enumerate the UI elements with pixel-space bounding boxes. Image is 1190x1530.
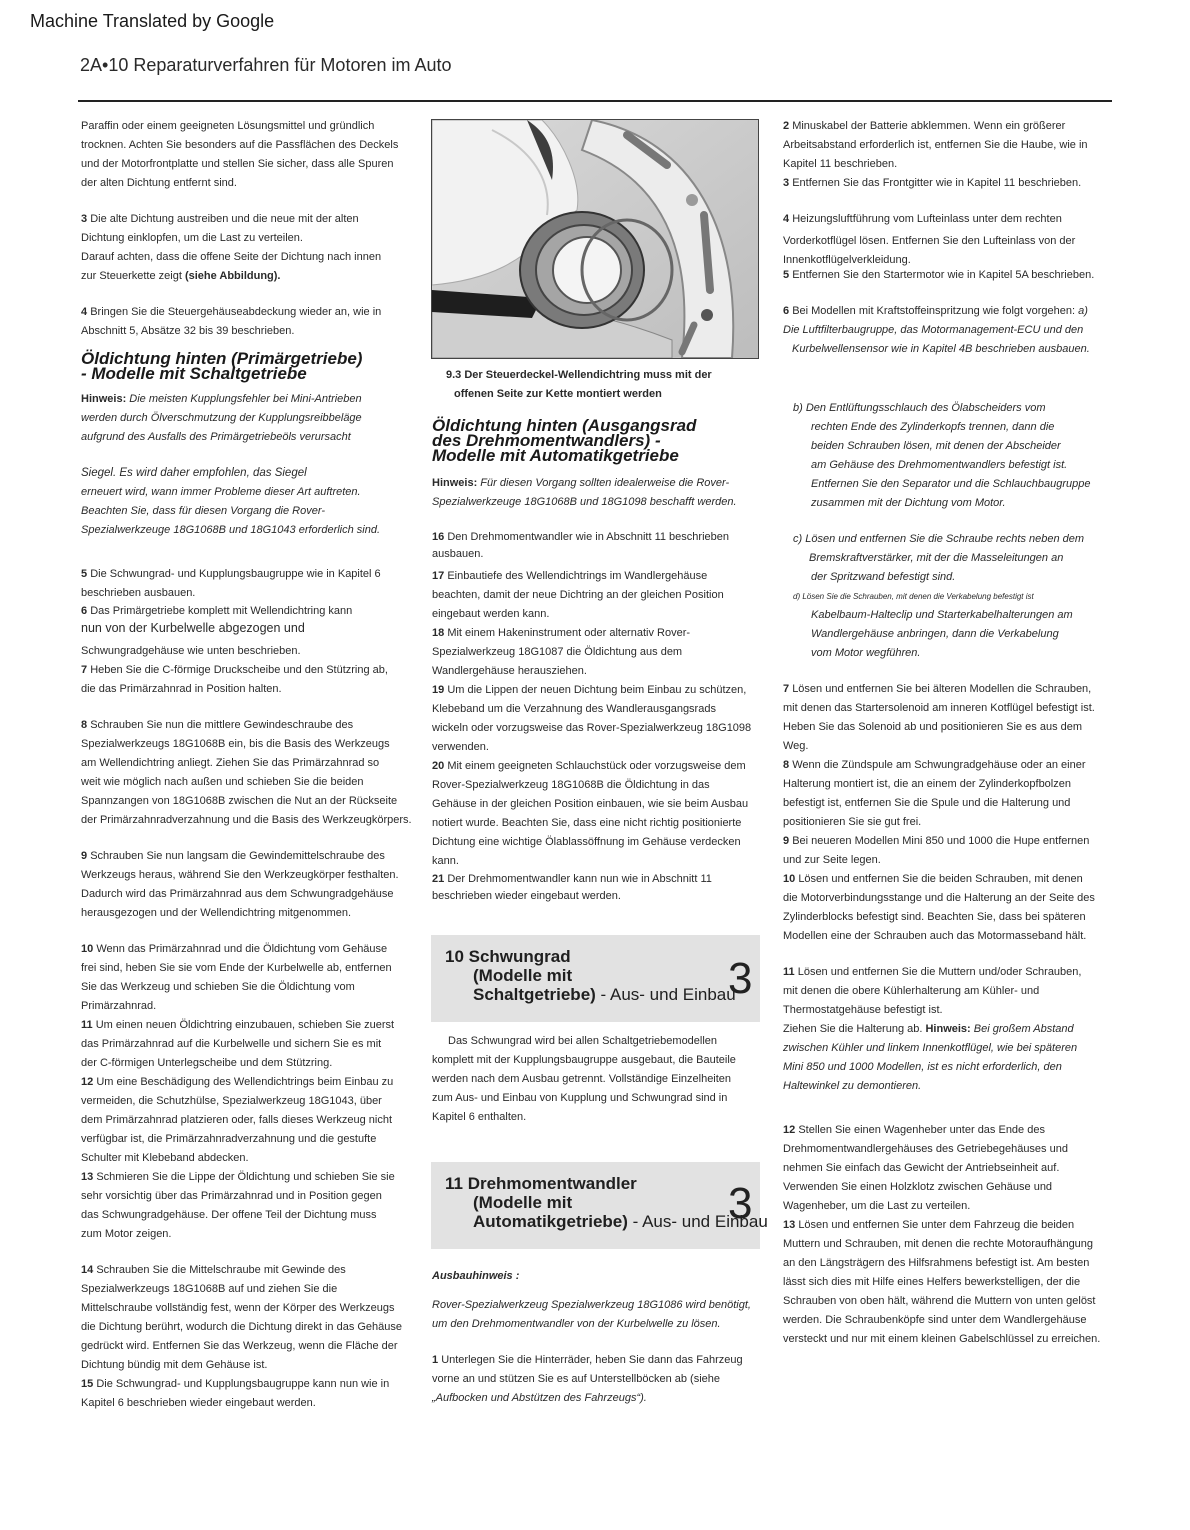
photo-oil-seal-timing-cover bbox=[431, 119, 759, 359]
line: Spezialwerkzeugs 18G1068B ein, bis die B… bbox=[81, 738, 390, 750]
step-9: 9 Bei neueren Modellen Mini 850 und 1000… bbox=[783, 832, 1128, 870]
line: dem Primärzahnrad platzieren oder, falls… bbox=[81, 1114, 392, 1126]
page-header: 2A•10 Reparaturverfahren für Motoren im … bbox=[80, 55, 452, 76]
line: Den Drehmomentwandler wie in Abschnitt 1… bbox=[447, 531, 729, 543]
line: frei sind, heben Sie sie vom Ende der Ku… bbox=[81, 962, 392, 974]
title-line: (Modelle mit bbox=[445, 1193, 768, 1212]
line: zur Steuerkette zeigt bbox=[81, 270, 185, 282]
line: beachten, damit der neue Dichtring an de… bbox=[432, 589, 724, 601]
line: das Primärzahnrad auf die Kurbelwelle un… bbox=[81, 1038, 381, 1050]
line: gedrückt wird. Entfernen Sie das Werkzeu… bbox=[81, 1340, 398, 1352]
step-7: 7 Lösen und entfernen Sie bei älteren Mo… bbox=[783, 680, 1128, 756]
line: eingebaut werden kann. bbox=[432, 608, 549, 620]
line: Entfernen Sie das Frontgitter wie in Kap… bbox=[792, 177, 1081, 189]
line: Drehmomentwandlergehäuses des Getriebege… bbox=[783, 1143, 1068, 1155]
line: Für diesen Vorgang sollten idealerweise … bbox=[480, 477, 729, 489]
step-number: 19 bbox=[432, 684, 444, 696]
step-number: 5 bbox=[81, 568, 87, 580]
section-heading-primary-gear-seal: Öldichtung hinten (Primärgetriebe) - Mod… bbox=[81, 351, 426, 381]
line: Die Luftfilterbaugruppe, das Motormanage… bbox=[783, 324, 1083, 336]
line: Heben Sie die C-förmige Druckscheibe und… bbox=[90, 664, 388, 676]
line: Heben Sie das Solenoid ab und positionie… bbox=[783, 721, 1082, 733]
line: wickeln oder vorzugsweise das Rover-Spez… bbox=[432, 722, 751, 734]
line: Schrauben Sie nun langsam die Gewindemit… bbox=[90, 850, 385, 862]
title-line: (Modelle mit bbox=[445, 966, 736, 985]
section-10-heading-box: 10 Schwungrad (Modelle mit Schaltgetrieb… bbox=[431, 935, 760, 1022]
line: befestigt ist, entfernen Sie die Spule u… bbox=[783, 797, 1070, 809]
line: erneuert wird, wann immer Probleme diese… bbox=[81, 486, 361, 498]
step-6: 6 Das Primärgetriebe komplett mit Wellen… bbox=[81, 603, 426, 638]
line: herausgezogen und der Wellendichtring mi… bbox=[81, 907, 351, 919]
step-14: 14 Schrauben Sie die Mittelschraube mit … bbox=[81, 1261, 426, 1375]
section-11-body: Ausbauhinweis : Rover-Spezialwerkzeug Sp… bbox=[432, 1267, 777, 1408]
line: Spannzangen von 18G1068B zwischen die Nu… bbox=[81, 795, 397, 807]
step-number: 13 bbox=[81, 1171, 93, 1183]
step-11: 11 Lösen und entfernen Sie die Muttern u… bbox=[783, 963, 1128, 1096]
line: Verwenden Sie einen Holzklotz zwischen G… bbox=[783, 1181, 1052, 1193]
step-13: 13 Lösen und entfernen Sie unter dem Fah… bbox=[783, 1216, 1128, 1349]
step-3: 3 Die alte Dichtung austreiben und die n… bbox=[81, 210, 426, 286]
step-number: 15 bbox=[81, 1378, 93, 1390]
line: versteckt und nur mit einem kleinen Gabe… bbox=[783, 1333, 1100, 1345]
step-number: 10 bbox=[81, 943, 93, 955]
line: weit wie möglich nach außen und schieben… bbox=[81, 776, 364, 788]
machine-translation-banner: Machine Translated by Google bbox=[30, 11, 274, 32]
line: Stellen Sie einen Wagenheber unter das E… bbox=[798, 1124, 1045, 1136]
line: werden. Die Schraubenköpfe sind unter de… bbox=[783, 1314, 1087, 1326]
step-18: 18 Mit einem Hakeninstrument oder altern… bbox=[432, 624, 772, 681]
title-line: 11 Drehmomentwandler bbox=[445, 1174, 637, 1193]
line: Spezialwerkzeug 18G1087 die Öldichtung a… bbox=[432, 646, 682, 658]
middle-column: Öldichtung hinten (Ausgangsrad des Drehm… bbox=[432, 418, 772, 905]
section-11-title: 11 Drehmomentwandler (Modelle mit Automa… bbox=[445, 1174, 768, 1231]
line: Schrauben Sie die Mittelschraube mit Gew… bbox=[96, 1264, 345, 1276]
step-number: 3 bbox=[81, 213, 87, 225]
sub-step-c: c) Lösen und entfernen Sie die Schraube … bbox=[783, 530, 1128, 587]
line: Arbeitsabstand erforderlich ist, entfern… bbox=[783, 139, 1088, 151]
step-number: 6 bbox=[81, 605, 87, 617]
line: Schwungradgehäuse wie unten beschrieben. bbox=[81, 645, 301, 657]
line: Sie das Werkzeug und schieben Sie die Öl… bbox=[81, 981, 355, 993]
line: Um eine Beschädigung des Wellendichtring… bbox=[96, 1076, 393, 1088]
line: zwischen Kühler und linkem Innenkotflüge… bbox=[783, 1042, 1077, 1054]
line: vermeiden, die Schutzhülse, Spezialwerkz… bbox=[81, 1095, 382, 1107]
title-subtitle: - Aus- und Einbau bbox=[596, 985, 736, 1004]
step-10: 10 Wenn das Primärzahnrad und die Öldich… bbox=[81, 940, 426, 1016]
caption-line: offenen Seite zur Kette montiert werden bbox=[446, 388, 662, 400]
line: das Schwungradgehäuse. Der offene Teil d… bbox=[81, 1209, 377, 1221]
line: Die Schwungrad- und Kupplungsbaugruppe w… bbox=[90, 568, 380, 580]
line: Spezialwerkzeuge 18G1068B und 18G1098 be… bbox=[432, 496, 737, 508]
note-paragraph: Hinweis: Die meisten Kupplungsfehler bei… bbox=[81, 390, 426, 447]
section-heading-converter-seal: Öldichtung hinten (Ausgangsrad des Drehm… bbox=[432, 418, 772, 463]
line: Darauf achten, dass die offene Seite der… bbox=[81, 251, 381, 263]
line: aufgrund des Ausfalls des Primärgetriebe… bbox=[81, 431, 351, 443]
header-divider bbox=[78, 100, 1112, 102]
line: Mit einem geeigneten Schlauchstück oder … bbox=[447, 760, 745, 772]
line: Spezialwerkzeugs 18G1068B auf und ziehen… bbox=[81, 1283, 337, 1295]
line: Um einen neuen Öldichtring einzubauen, s… bbox=[96, 1019, 394, 1031]
step-20: 20 Mit einem geeigneten Schlauchstück od… bbox=[432, 757, 772, 871]
line: der alten Dichtung entfernt sind. bbox=[81, 177, 237, 189]
note-label: Hinweis: bbox=[925, 1023, 970, 1035]
step-4: 4 Bringen Sie die Steuergehäuseabdeckung… bbox=[81, 303, 426, 341]
line: Zylinderblocks befestigt sind. Beachten … bbox=[783, 911, 1086, 923]
line: Das Schwungrad wird bei allen Schaltgetr… bbox=[432, 1035, 717, 1047]
photo-caption: 9.3 Der Steuerdeckel-Wellendichtring mus… bbox=[446, 366, 712, 404]
line: der Spritzwand befestigt sind. bbox=[793, 571, 955, 583]
line: Kabelbaum-Halteclip und Starterkabelhalt… bbox=[793, 609, 1073, 621]
line: Lösen und entfernen Sie die Muttern und/… bbox=[798, 966, 1082, 978]
line: Kapitel 6 beschrieben wieder eingebaut w… bbox=[81, 1397, 316, 1409]
line: Einbautiefe des Wellendichtrings im Wand… bbox=[447, 570, 707, 582]
step-number: 5 bbox=[783, 269, 789, 281]
line: trocknen. Achten Sie besonders auf die P… bbox=[81, 139, 398, 151]
line: rechten Ende des Zylinderkopfs trennen, … bbox=[793, 421, 1054, 433]
figure-reference: (siehe Abbildung). bbox=[185, 270, 281, 282]
line: Muttern und Schrauben, mit denen die rec… bbox=[783, 1238, 1093, 1250]
line: nehmen Sie einfach das Gewicht der Antri… bbox=[783, 1162, 1059, 1174]
line: kann. bbox=[432, 855, 459, 867]
removal-note-label: Ausbauhinweis : bbox=[432, 1267, 777, 1286]
line: Unterlegen Sie die Hinterräder, heben Si… bbox=[441, 1354, 742, 1366]
line: Minuskabel der Batterie abklemmen. Wenn … bbox=[792, 120, 1065, 132]
step-number: 8 bbox=[81, 719, 87, 731]
note-label: Hinweis: bbox=[432, 477, 477, 489]
step-number: 12 bbox=[783, 1124, 795, 1136]
line: Gehäuse in der gleichen Position einbaue… bbox=[432, 798, 748, 810]
step-number: 21 bbox=[432, 873, 444, 885]
difficulty-rating: 3 bbox=[728, 1182, 752, 1226]
heading-line: - Modelle mit Schaltgetriebe bbox=[81, 364, 307, 383]
step-number: 1 bbox=[432, 1354, 438, 1366]
line: Der Drehmomentwandler kann nun wie in Ab… bbox=[447, 873, 712, 885]
line: Wenn die Zündspule am Schwungradgehäuse … bbox=[792, 759, 1085, 771]
line: Thermostatgehäuse befestigt ist. bbox=[783, 1004, 943, 1016]
step-number: 4 bbox=[81, 306, 87, 318]
line: Rover-Spezialwerkzeug 18G1068B die Öldic… bbox=[432, 779, 710, 791]
line: mit denen die obere Kühlerhalterung am K… bbox=[783, 985, 1039, 997]
section-11-heading-box: 11 Drehmomentwandler (Modelle mit Automa… bbox=[431, 1162, 760, 1249]
line: Haltewinkel zu demontieren. bbox=[783, 1080, 921, 1092]
line: „Aufbocken und Abstützen des Fahrzeugs“)… bbox=[432, 1392, 647, 1404]
line: komplett mit der Kupplungsbaugruppe ausg… bbox=[432, 1054, 736, 1066]
line: Bei neueren Modellen Mini 850 und 1000 d… bbox=[792, 835, 1089, 847]
line: Bringen Sie die Steuergehäuseabdeckung w… bbox=[90, 306, 381, 318]
step-number: 13 bbox=[783, 1219, 795, 1231]
step-number: 4 bbox=[783, 213, 789, 225]
step-4: 4 Heizungsluftführung vom Lufteinlass un… bbox=[783, 210, 1128, 270]
line: Um die Lippen der neuen Dichtung beim Ei… bbox=[447, 684, 746, 696]
step-7: 7 Heben Sie die C-förmige Druckscheibe u… bbox=[81, 661, 426, 699]
line: Schulter mit Klebeband abdecken. bbox=[81, 1152, 249, 1164]
line: Dadurch wird das Primärzahnrad aus dem S… bbox=[81, 888, 393, 900]
line: der C-förmigen Unterlegscheibe und dem S… bbox=[81, 1057, 332, 1069]
line: an den Längsträgern des Hilfsrahmens bef… bbox=[783, 1257, 1089, 1269]
line: werden durch Ölverschmutzung der Kupplun… bbox=[81, 412, 362, 424]
line: verfügbar ist, die Primärzahnradverzahnu… bbox=[81, 1133, 376, 1145]
step-number: 10 bbox=[783, 873, 795, 885]
step-number: 8 bbox=[783, 759, 789, 771]
title-line: 10 Schwungrad bbox=[445, 947, 571, 966]
note-continuation: Siegel. Es wird daher empfohlen, das Sie… bbox=[81, 464, 426, 540]
line: Wagenheber, um die Last zu verteilen. bbox=[783, 1200, 970, 1212]
line: Mini 850 und 1000 Modellen, ist es nicht… bbox=[783, 1061, 1062, 1073]
line: am Wellendichtring anliegt. Ziehen Sie d… bbox=[81, 757, 379, 769]
line: positionieren Sie sie gut frei. bbox=[783, 816, 921, 828]
title-line: Automatikgetriebe) bbox=[473, 1212, 628, 1231]
step-number: 12 bbox=[81, 1076, 93, 1088]
line: die Motorverbindungsstange und die Halte… bbox=[783, 892, 1095, 904]
line: lässt sich dies mit Hilfe eines Helfers … bbox=[783, 1276, 1080, 1288]
step-13: 13 Schmieren Sie die Lippe der Öldichtun… bbox=[81, 1168, 426, 1244]
line: Primärzahnrad. bbox=[81, 1000, 156, 1012]
step-3: 3 Entfernen Sie das Frontgitter wie in K… bbox=[783, 174, 1128, 193]
line: c) Lösen und entfernen Sie die Schraube … bbox=[793, 533, 1084, 545]
line: und zur Seite legen. bbox=[783, 854, 881, 866]
line: Abschnitt 5, Absätze 32 bis 39 beschrieb… bbox=[81, 325, 294, 337]
step-11: 11 Um einen neuen Öldichtring einzubauen… bbox=[81, 1016, 426, 1073]
line: Entfernen Sie den Separator und die Schl… bbox=[793, 478, 1091, 490]
line: zusammen mit der Dichtung vom Motor. bbox=[793, 497, 1006, 509]
line: verwenden. bbox=[432, 741, 489, 753]
line: Schrauben Sie nun die mittlere Gewindesc… bbox=[90, 719, 353, 731]
step-number: 16 bbox=[432, 531, 444, 543]
line: Spezialwerkzeuge 18G1068B und 18G1043 er… bbox=[81, 524, 380, 536]
step-5: 5 Die Schwungrad- und Kupplungsbaugruppe… bbox=[81, 565, 426, 603]
step-17: 17 Einbautiefe des Wellendichtrings im W… bbox=[432, 567, 772, 624]
step-6-continued: Schwungradgehäuse wie unten beschrieben. bbox=[81, 642, 426, 661]
line: Schrauben von oben hält, während die Mut… bbox=[783, 1295, 1096, 1307]
step-number: 9 bbox=[783, 835, 789, 847]
step-8: 8 Wenn die Zündspule am Schwungradgehäus… bbox=[783, 756, 1128, 832]
line: d) Lösen Sie die Schrauben, mit denen di… bbox=[793, 592, 1034, 601]
line: Dichtung einklopfen, um die Last zu vert… bbox=[81, 232, 303, 244]
step-19: 19 Um die Lippen der neuen Dichtung beim… bbox=[432, 681, 772, 757]
step-2: 2 Minuskabel der Batterie abklemmen. Wen… bbox=[783, 117, 1128, 174]
line: b) Den Entlüftungsschlauch des Ölabschei… bbox=[793, 402, 1046, 414]
step-number: 18 bbox=[432, 627, 444, 639]
line: vom Motor wegführen. bbox=[793, 647, 920, 659]
line: Lösen und entfernen Sie die beiden Schra… bbox=[798, 873, 1082, 885]
line: und der Motorfrontplatte und stellen Sie… bbox=[81, 158, 393, 170]
line: Innenkotflügelverkleidung. bbox=[783, 254, 911, 266]
line: am Gehäuse des Drehmomentwandlers befest… bbox=[793, 459, 1067, 471]
line: Dichtung bündig mit dem Gehäuse ist. bbox=[81, 1359, 268, 1371]
line: Wandlergehäuse herausziehen. bbox=[432, 665, 587, 677]
line: vorne an und stützen Sie es auf Unterste… bbox=[432, 1373, 720, 1385]
line: Die meisten Kupplungsfehler bei Mini-Ant… bbox=[129, 393, 361, 405]
caption-line: 9.3 Der Steuerdeckel-Wellendichtring mus… bbox=[446, 369, 712, 381]
line: werden nach dem Ausbau getrennt. Vollstä… bbox=[432, 1073, 731, 1085]
line: Weg. bbox=[783, 740, 808, 752]
step-5: 5 Entfernen Sie den Startermotor wie in … bbox=[783, 266, 1128, 285]
line: ausbauen. bbox=[432, 548, 483, 560]
line: Bei großem Abstand bbox=[971, 1023, 1074, 1035]
line: Rover-Spezialwerkzeug Spezialwerkzeug 18… bbox=[432, 1299, 751, 1311]
step-number: 9 bbox=[81, 850, 87, 862]
line: Bei Modellen mit Kraftstoffeinspritzung … bbox=[792, 305, 1078, 317]
step-number: 7 bbox=[783, 683, 789, 695]
step-1: 1 Unterlegen Sie die Hinterräder, heben … bbox=[432, 1351, 777, 1408]
right-column: 2 Minuskabel der Batterie abklemmen. Wen… bbox=[783, 117, 1128, 1349]
line: die das Primärzahnrad in Position halten… bbox=[81, 683, 282, 695]
line: Die Schwungrad- und Kupplungsbaugruppe k… bbox=[96, 1378, 389, 1390]
line: Klebeband um die Verzahnung des Wandlera… bbox=[432, 703, 716, 715]
section-10-body: Das Schwungrad wird bei allen Schaltgetr… bbox=[432, 1032, 772, 1127]
line: die Dichtung berührt, wodurch die Dichtu… bbox=[81, 1321, 402, 1333]
line: mit denen das Startersolenoid am inneren… bbox=[783, 702, 1095, 714]
line: Die alte Dichtung austreiben und die neu… bbox=[90, 213, 358, 225]
step-10: 10 Lösen und entfernen Sie die beiden Sc… bbox=[783, 870, 1128, 946]
note-label: Hinweis: bbox=[81, 393, 126, 405]
line: Lösen und entfernen Sie unter dem Fahrze… bbox=[798, 1219, 1074, 1231]
line: Wandlergehäuse anbringen, dann die Verka… bbox=[793, 628, 1059, 640]
step-21: 21 Der Drehmomentwandler kann nun wie in… bbox=[432, 871, 772, 905]
step-number: 14 bbox=[81, 1264, 93, 1276]
line: Mit einem Hakeninstrument oder alternati… bbox=[447, 627, 690, 639]
step-number: 11 bbox=[81, 1019, 93, 1031]
step-number: 6 bbox=[783, 305, 789, 317]
line: Modellen eine der Schrauben auch das Mot… bbox=[783, 930, 1086, 942]
line: Mittelschraube vollständig fest, wenn de… bbox=[81, 1302, 394, 1314]
line: Wenn das Primärzahnrad und die Öldichtun… bbox=[96, 943, 387, 955]
line: Das Primärgetriebe komplett mit Wellendi… bbox=[90, 605, 352, 617]
sub-step-b: b) Den Entlüftungsschlauch des Ölabschei… bbox=[783, 399, 1128, 513]
line: Ziehen Sie die Halterung ab. bbox=[783, 1023, 925, 1035]
line: beiden Schrauben lösen, mit denen der Ab… bbox=[793, 440, 1061, 452]
line: Werkzeugs heraus, während Sie den Werkze… bbox=[81, 869, 399, 881]
step-16: 16 Den Drehmomentwandler wie in Abschnit… bbox=[432, 529, 772, 563]
line: notiert wurde. Beachten Sie, dass eine n… bbox=[432, 817, 741, 829]
line: Lösen und entfernen Sie bei älteren Mode… bbox=[792, 683, 1091, 695]
line: Dichtung eine wichtige Ölablassöffnung i… bbox=[432, 836, 741, 848]
line: Bremskraftverstärker, mit der die Massel… bbox=[793, 552, 1063, 564]
line: um den Drehmomentwandler von der Kurbelw… bbox=[432, 1318, 721, 1330]
line: Schmieren Sie die Lippe der Öldichtung u… bbox=[96, 1171, 394, 1183]
line: der Primärzahnradverzahnung und die Basi… bbox=[81, 814, 412, 826]
section-10-paragraph: Das Schwungrad wird bei allen Schaltgetr… bbox=[432, 1032, 772, 1127]
step-number: 3 bbox=[783, 177, 789, 189]
removal-note: Rover-Spezialwerkzeug Spezialwerkzeug 18… bbox=[432, 1296, 777, 1334]
line: Kapitel 11 beschrieben. bbox=[783, 158, 897, 170]
section-10-title: 10 Schwungrad (Modelle mit Schaltgetrieb… bbox=[445, 947, 736, 1004]
step-12: 12 Stellen Sie einen Wagenheber unter da… bbox=[783, 1121, 1128, 1216]
line: Heizungsluftführung vom Lufteinlass unte… bbox=[792, 213, 1062, 225]
step-number: 17 bbox=[432, 570, 444, 582]
note-paragraph: Hinweis: Für diesen Vorgang sollten idea… bbox=[432, 474, 772, 512]
title-line: Schaltgetriebe) bbox=[473, 985, 596, 1004]
line: zum Aus- und Einbau von Kupplung und Sch… bbox=[432, 1092, 727, 1104]
line: zum Motor zeigen. bbox=[81, 1228, 171, 1240]
step-number: 11 bbox=[783, 966, 795, 978]
step-9: 9 Schrauben Sie nun langsam die Gewindem… bbox=[81, 847, 426, 923]
line: Entfernen Sie den Startermotor wie in Ka… bbox=[792, 269, 1094, 281]
line: sehr vorsichtig über das Primärzahnrad u… bbox=[81, 1190, 382, 1202]
line: Vorderkotflügel lösen. Entfernen Sie den… bbox=[783, 232, 1075, 251]
step-number: 2 bbox=[783, 120, 789, 132]
step-8: 8 Schrauben Sie nun die mittlere Gewinde… bbox=[81, 716, 426, 830]
line: Paraffin oder einem geeigneten Lösungsmi… bbox=[81, 120, 374, 132]
sub-step-label: a) bbox=[1078, 305, 1088, 317]
step-6: 6 Bei Modellen mit Kraftstoffeinspritzun… bbox=[783, 302, 1128, 359]
line: Kapitel 6 enthalten. bbox=[432, 1111, 526, 1123]
step-15: 15 Die Schwungrad- und Kupplungsbaugrupp… bbox=[81, 1375, 426, 1413]
line: beschrieben ausbauen. bbox=[81, 587, 195, 599]
left-column: Paraffin oder einem geeigneten Lösungsmi… bbox=[81, 117, 426, 1413]
line: Kurbelwellensensor wie in Kapitel 4B bes… bbox=[783, 343, 1090, 355]
line: nun von der Kurbelwelle abgezogen und bbox=[81, 621, 305, 635]
paragraph-intro: Paraffin oder einem geeigneten Lösungsmi… bbox=[81, 117, 426, 193]
line: Halterung montiert ist, die an einem der… bbox=[783, 778, 1071, 790]
difficulty-rating: 3 bbox=[728, 957, 752, 1001]
photo-illustration bbox=[432, 120, 758, 358]
sub-step-d: d) Lösen Sie die Schrauben, mit denen di… bbox=[783, 587, 1128, 663]
line: beschrieben wieder eingebaut werden. bbox=[432, 890, 621, 902]
line: Beachten Sie, dass für diesen Vorgang di… bbox=[81, 505, 325, 517]
line: Siegel. Es wird daher empfohlen, das Sie… bbox=[81, 467, 307, 479]
heading-line: Modelle mit Automatikgetriebe bbox=[432, 446, 679, 465]
step-12: 12 Um eine Beschädigung des Wellendichtr… bbox=[81, 1073, 426, 1168]
step-number: 7 bbox=[81, 664, 87, 676]
step-number: 20 bbox=[432, 760, 444, 772]
